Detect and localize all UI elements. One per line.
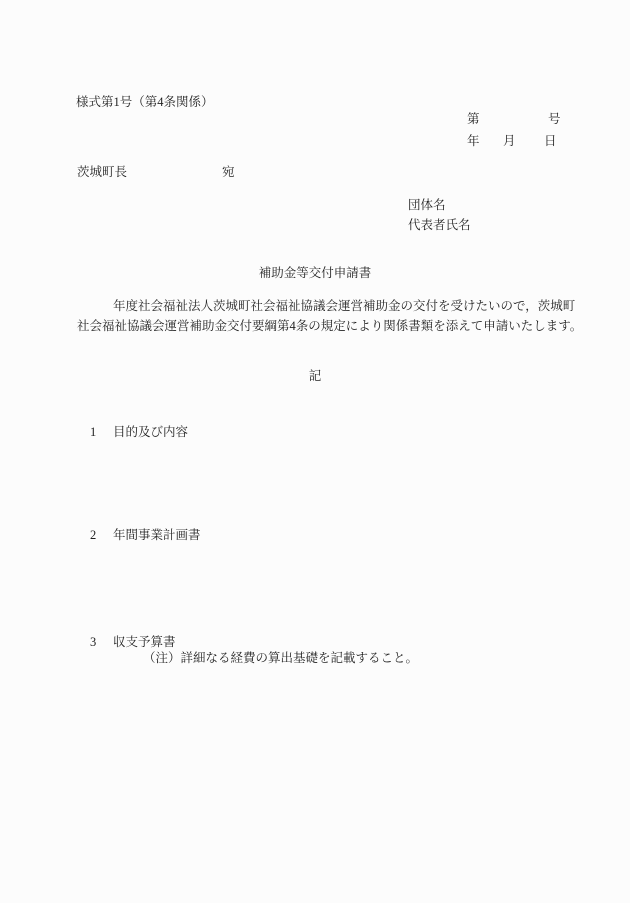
date-year-label: 年 [467, 134, 480, 148]
item-2-number: 2 [90, 528, 96, 542]
item-1-label: 目的及び内容 [113, 425, 188, 439]
addressee-name: 茨城町長 [77, 165, 127, 179]
addressee-suffix: 宛 [222, 165, 235, 179]
date-day-label: 日 [544, 134, 557, 148]
org-name-label: 団体名 [408, 198, 446, 212]
item-3-note: （注）詳細なる経費の算出基礎を記載すること。 [143, 651, 418, 665]
body-paragraph-line2: 社会福祉協議会運営補助金交付要綱第4条の規定により関係書類を添えて申請いたします… [77, 319, 582, 333]
document-title: 補助金等交付申請書 [0, 266, 630, 280]
form-number-label: 様式第1号（第4条関係） [76, 95, 214, 109]
doc-number-prefix: 第 [467, 112, 480, 126]
item-3-number: 3 [90, 635, 96, 649]
body-paragraph-line1: 年度社会福祉法人茨城町社会福祉協議会運営補助金の交付を受けたいので，茨城町 [113, 299, 575, 313]
item-1-number: 1 [90, 425, 96, 439]
record-heading: 記 [0, 369, 630, 383]
item-3-label: 収支予算書 [113, 635, 176, 649]
item-2-label: 年間事業計画書 [113, 528, 201, 542]
representative-label: 代表者氏名 [408, 218, 471, 232]
document-page: 様式第1号（第4条関係） 第 号 年 月 日 茨城町長 宛 団体名 代表者氏名 … [0, 0, 630, 903]
date-month-label: 月 [503, 134, 516, 148]
doc-number-suffix: 号 [548, 112, 561, 126]
